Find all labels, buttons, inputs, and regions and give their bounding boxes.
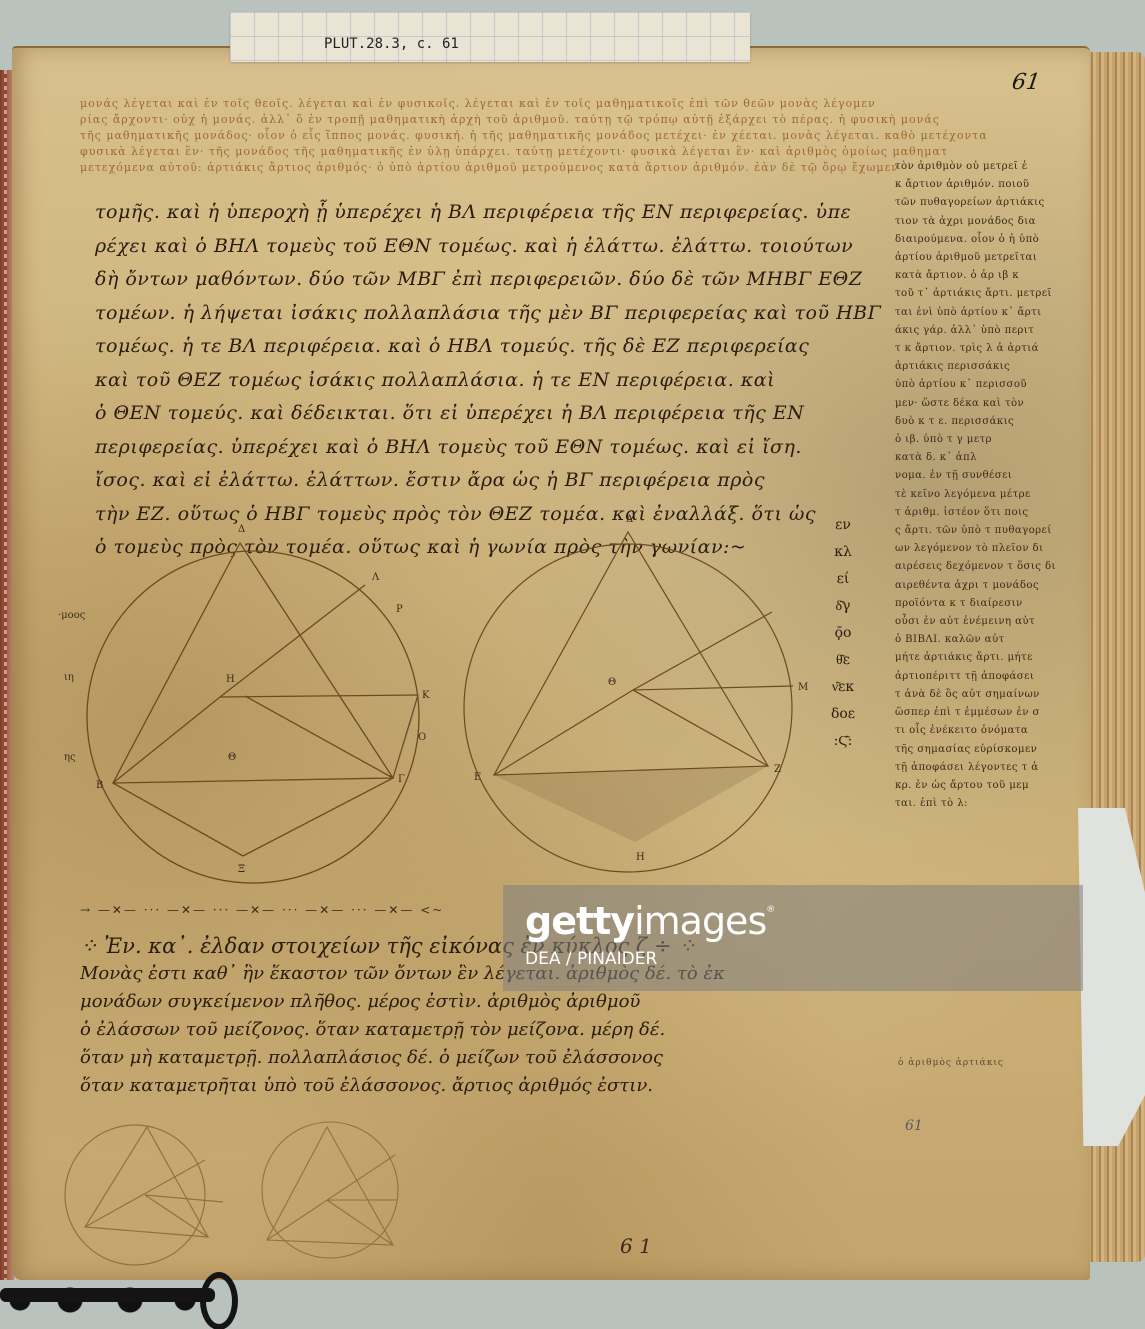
fig1-label: Λ <box>371 572 380 583</box>
logo-bold: getty <box>525 899 634 943</box>
faint-marginal-note: ὁ ἀριθμὸς ἀρτιάκις <box>898 1058 1004 1068</box>
shelfmark-label: PLUT.28.3, c. 61 <box>230 12 750 62</box>
margin-line: προϊόντα κ τ διαίρεσιν <box>895 595 1080 613</box>
fig1-label: Θ <box>228 752 236 763</box>
vertical-margin-letters: εν κλ εί δ͂γ ϙ̄ο θ͂ε ν͂εκ δοε :Ϛ͂: <box>818 512 868 755</box>
fig1-label: Β <box>96 780 103 791</box>
fig1-label: Κ <box>422 690 430 701</box>
paper-insert <box>1078 808 1145 1146</box>
margin-letter: δ͂γ <box>818 593 868 620</box>
text-line: τομῆς. καὶ ἡ ὑπεροχὴ ᾗ ὑπερέχει ἡ ΒΛ περ… <box>95 196 885 230</box>
margin-line: ται ἐνὶ ὑπὸ ἀρτίου κ᾽ ἄρτι <box>895 304 1080 322</box>
margin-line: κατὰ ἄρτιον. ὁ ἀρ ιβ κ <box>895 267 1080 285</box>
getty-watermark: gettyimages® DEA / PINAIDER <box>503 885 1083 991</box>
margin-line: κρ. ἐν ὡς ἄρτου τοῦ μεμ <box>895 777 1080 795</box>
scholia-line: τῆς μαθηματικῆς μονάδος· οἷον ὁ εἷς ἵππο… <box>80 128 1080 144</box>
faint-figure-1 <box>55 1115 215 1265</box>
margin-line: ἀρτιοπέριττ τῇ ἀποφάσει <box>895 668 1080 686</box>
margin-commentary: τὸν ἀριθμὸν οὐ μετρεῖ ἐ κ ἄρτιον ἀριθμόν… <box>895 158 1080 813</box>
fig2-label: Η <box>636 852 645 863</box>
margin-line: κατὰ δ. κ᾽ ἀπλ <box>895 449 1080 467</box>
fig1-label: Γ <box>398 774 405 785</box>
logo-light: images <box>634 899 766 943</box>
margin-line: τὲ κεῖνο λεγόμενα μέτρε <box>895 486 1080 504</box>
margin-letter: ϙ̄ο <box>818 620 868 647</box>
text-line: περιφερείας. ὑπερέχει καὶ ὁ ΒΗΛ τομεὺς τ… <box>95 431 885 465</box>
text-line: τομέως. ἡ τε ΒΛ περιφέρεια. καὶ ὁ ΗΒΛ το… <box>95 330 885 364</box>
margin-line: δυὸ κ τ ε. περισσάκις <box>895 413 1080 431</box>
fig1-label: Ξ <box>238 864 245 875</box>
margin-line: τῶν πυθαγορείων ἀρτιάκις <box>895 194 1080 212</box>
margin-line: τ ἀριθμ. ἰστέον ὅτι ποις <box>895 504 1080 522</box>
margin-line: τοῦ τ᾽ ἀρτιάκις ἄρτι. μετρεῖ <box>895 285 1080 303</box>
margin-line: τ κ ἄρτιον. τρὶς λ ἀ ἀρτιά <box>895 340 1080 358</box>
margin-line: τῇ ἀποφάσει λέγοντες τ ἀ <box>895 759 1080 777</box>
margin-line: ται. ἐπὶ τὸ λ: <box>895 795 1080 813</box>
text-line: ὁ ἐλάσσων τοῦ μείζονος. ὅταν καταμετρῇ τ… <box>80 1016 900 1044</box>
text-line: ἴσος. καὶ εἰ ἐλάττω. ἐλάττων. ἔστιν ἄρα … <box>95 464 885 498</box>
fig1-label: Ρ <box>396 604 403 615</box>
margin-line: τι οἷς ἐνέκειτο ὀνόματα <box>895 722 1080 740</box>
fig2-label: Ζ <box>774 764 781 775</box>
margin-line: ὁ ΒΙΒΛΙ. καλῶν αὐτ <box>895 631 1080 649</box>
photo-credit: DEA / PINAIDER <box>525 949 657 969</box>
margin-letter: ν͂εκ <box>818 674 868 701</box>
margin-letter: δοε <box>818 701 868 728</box>
margin-line: οὖσι ἐν αὐτ ἐνέμεινη αὐτ <box>895 613 1080 631</box>
text-line: ὅταν μὴ καταμετρῇ. πολλαπλάσιος δέ. ὁ με… <box>80 1044 900 1072</box>
margin-line: τιον τὰ ἀχρι μονάδος δια <box>895 213 1080 231</box>
text-line: τομέων. ἡ λήψεται ἰσάκις πολλαπλάσια τῆς… <box>95 297 885 331</box>
fig2-label: Ε <box>474 772 481 783</box>
book-stand-bar <box>0 1288 215 1302</box>
margin-line: αιρέσεις δεχόμενον τ ὅσις δι <box>895 558 1080 576</box>
margin-line: ὥσπερ ἐπὶ τ ἑμμέσων ἐν σ <box>895 704 1080 722</box>
text-line: δὴ ὄντων μαθόντων. δύο τῶν ΜΒΓ ἐπὶ περιφ… <box>95 263 885 297</box>
margin-line: ς ἄρτι. τῶν ὑπὸ τ πυθαγορεί <box>895 522 1080 540</box>
book-stand-ring <box>200 1272 238 1329</box>
margin-line: τὸν ἀριθμὸν οὐ μετρεῖ ἐ <box>895 158 1080 176</box>
margin-letter: θ͂ε <box>818 647 868 674</box>
margin-line: ων λεγόμενον τὸ πλεῖον δι <box>895 540 1080 558</box>
margin-letter: :Ϛ͂: <box>818 728 868 755</box>
text-line: καὶ τοῦ ΘΕΖ τομέως ἰσάκις πολλαπλάσια. ἡ… <box>95 364 885 398</box>
fig1-label: Δ <box>238 524 245 535</box>
manuscript-scene: PLUT.28.3, c. 61 61 μονάς λέγεται καὶ ἐν… <box>0 0 1145 1329</box>
faint-figure-2 <box>255 1115 405 1265</box>
scholia-line: ρίας ἄρχοντι· οὐχ ἡ μονάς. ἀλλ᾽ ὅ ἐν τρο… <box>80 112 1080 128</box>
fig2-label: Δ <box>626 514 633 525</box>
margin-letter: εί <box>818 566 868 593</box>
margin-line: τ ἀνὰ δὲ ὃς αὐτ σημαίνων <box>895 686 1080 704</box>
text-line: ρέχει καὶ ὁ ΒΗΛ τομεὺς τοῦ ΕΘΝ τομέως. κ… <box>95 230 885 264</box>
geometric-figure-1: Δ Λ Ρ Η Κ Ο Β Γ Θ Ξ <box>60 520 460 880</box>
margin-line: τῆς σημασίας εὑρίσκομεν <box>895 741 1080 759</box>
margin-line: ὁ ιβ. ὑπὸ τ γ μετρ <box>895 431 1080 449</box>
margin-line: ἀρτίου ἀριθμοῦ μετρεῖται <box>895 249 1080 267</box>
registered-mark: ® <box>766 905 774 915</box>
fig2-label: Θ <box>608 677 616 688</box>
folio-number-bottom: 6 1 <box>620 1234 652 1258</box>
margin-letter: εν <box>818 512 868 539</box>
text-line: ὁ ΘΕΝ τομεύς. καὶ δέδεικται. ὅτι εἰ ὑπερ… <box>95 397 885 431</box>
margin-letter: κλ <box>818 539 868 566</box>
margin-line: κ ἄρτιον ἀριθμόν. ποιοῦ <box>895 176 1080 194</box>
margin-line: αιρεθέντα ἀχρι τ μονάδος <box>895 577 1080 595</box>
fig1-label: Ο <box>418 732 426 743</box>
text-line: μονάδων συγκείμενον πλῆθος. μέρος ἐστὶν.… <box>80 988 900 1016</box>
folio-number-pencil: 61 <box>905 1118 923 1134</box>
folio-number-top: 61 <box>1010 70 1042 95</box>
margin-line: άκις γάρ. ἀλλ᾽ ὑπὸ περιτ <box>895 322 1080 340</box>
margin-line: μεν· ὥστε δέκα καὶ τὸν <box>895 395 1080 413</box>
shelfmark-text: PLUT.28.3, c. 61 <box>324 36 459 52</box>
fig1-label: Η <box>226 674 235 685</box>
margin-line: νομα. ἐν τῇ συνθέσει <box>895 467 1080 485</box>
margin-line: ὑπὸ ἀρτίου κ᾽ περισσοῦ <box>895 376 1080 394</box>
margin-line: διαιρούμενα. οἷον ὁ ἡ ὑπὸ <box>895 231 1080 249</box>
scholia-line: μονάς λέγεται καὶ ἐν τοῖς θεοῖς. λέγεται… <box>80 96 1080 112</box>
fig2-label: Μ <box>798 682 808 693</box>
geometric-figure-2: Δ Θ Μ Ε Ζ Η <box>450 510 870 870</box>
getty-logo: gettyimages® <box>525 899 774 943</box>
text-line: ὅταν καταμετρῆται ὑπὸ τοῦ ἐλάσσονος. ἄρτ… <box>80 1072 900 1100</box>
margin-line: μήτε ἀρτιάκις ἄρτι. μήτε <box>895 649 1080 667</box>
margin-line: ἀρτιάκις περισσάκις <box>895 358 1080 376</box>
